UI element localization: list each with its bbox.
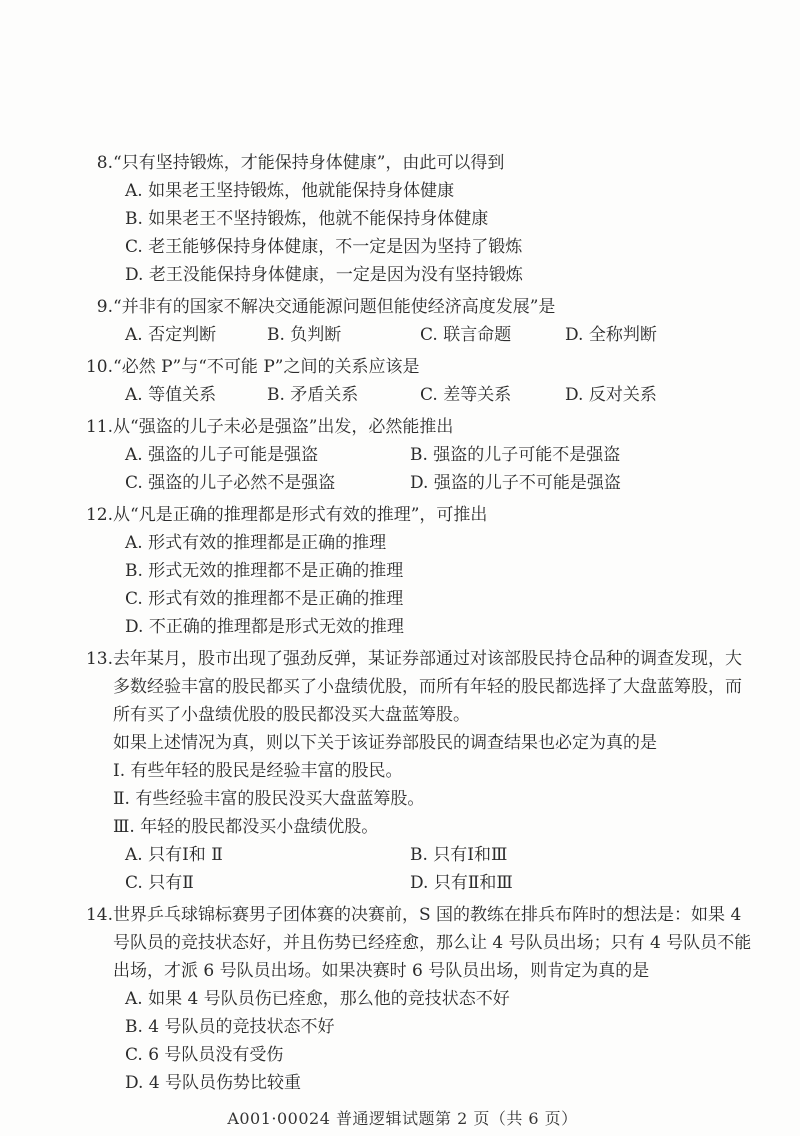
option-d: D. 反对关系: [565, 381, 720, 409]
question-9: 9. “并非有的国家不解决交通能源问题但能使经济高度发展”是 A. 否定判断 B…: [85, 293, 720, 349]
statement-3: Ⅲ. 年轻的股民都没买小盘绩优股。: [113, 813, 720, 841]
question-13: 13. 去年某月，股市出现了强劲反弹，某证券部通过对该部股民持仓品种的调查发现，…: [85, 645, 720, 897]
question-stem: 从“强盗的儿子未必是强盗”出发，必然能推出: [113, 413, 720, 441]
option-c: C. 只有Ⅱ: [125, 869, 410, 897]
question-number: 8.: [85, 149, 113, 289]
question-11: 11. 从“强盗的儿子未必是强盗”出发，必然能推出 A. 强盗的儿子可能是强盗 …: [85, 413, 720, 497]
exam-paper-page: 8. “只有坚持锻炼，才能保持身体健康”，由此可以得到 A. 如果老王坚持锻炼，…: [0, 0, 800, 1136]
question-stem: “并非有的国家不解决交通能源问题但能使经济高度发展”是: [113, 293, 720, 321]
question-stem-line: 号队员的竞技状态好，并且伤势已经痊愈，那么让 4 号队员出场；只有 4 号队员不…: [113, 929, 720, 957]
statement-2: Ⅱ. 有些经验丰富的股民没买大盘蓝筹股。: [113, 785, 720, 813]
question-stem: 从“凡是正确的推理都是形式有效的推理”，可推出: [113, 501, 720, 529]
option-d: D. 全称判断: [565, 321, 720, 349]
option-c: C. 老王能够保持身体健康，不一定是因为坚持了锻炼: [113, 233, 720, 261]
options-list: A. 形式有效的推理都是正确的推理 B. 形式无效的推理都不是正确的推理 C. …: [113, 529, 720, 641]
question-number: 9.: [85, 293, 113, 349]
option-a: A. 只有Ⅰ和 Ⅱ: [125, 841, 410, 869]
question-number: 14.: [85, 901, 113, 1097]
question-stem: “只有坚持锻炼，才能保持身体健康”，由此可以得到: [113, 149, 720, 177]
option-a: A. 如果 4 号队员伤已痊愈，那么他的竞技状态不好: [113, 985, 720, 1013]
option-a: A. 强盗的儿子可能是强盗: [125, 441, 410, 469]
question-stem-line: 所有买了小盘绩优股的股民都没买大盘蓝筹股。: [113, 701, 720, 729]
option-b: B. 只有Ⅰ和Ⅲ: [410, 841, 720, 869]
option-c: C. 强盗的儿子必然不是强盗: [125, 469, 410, 497]
question-stem-line: 多数经验丰富的股民都买了小盘绩优股，而所有年轻的股民都选择了大盘蓝筹股，而: [113, 673, 720, 701]
question-stem: “必然 P”与“不可能 P”之间的关系应该是: [113, 353, 720, 381]
option-d: D. 4 号队员伤势比较重: [113, 1069, 720, 1097]
option-d: D. 不正确的推理都是形式无效的推理: [113, 613, 720, 641]
option-c: C. 差等关系: [420, 381, 565, 409]
options-grid: A. 只有Ⅰ和 Ⅱ B. 只有Ⅰ和Ⅲ C. 只有Ⅱ D. 只有Ⅱ和Ⅲ: [113, 841, 720, 897]
option-c: C. 6 号队员没有受伤: [113, 1041, 720, 1069]
question-stem-line: 如果上述情况为真，则以下关于该证券部股民的调查结果也必定为真的是: [113, 729, 720, 757]
question-number: 12.: [85, 501, 113, 641]
option-a: A. 形式有效的推理都是正确的推理: [113, 529, 720, 557]
question-12: 12. 从“凡是正确的推理都是形式有效的推理”，可推出 A. 形式有效的推理都是…: [85, 501, 720, 641]
question-10: 10. “必然 P”与“不可能 P”之间的关系应该是 A. 等值关系 B. 矛盾…: [85, 353, 720, 409]
question-8: 8. “只有坚持锻炼，才能保持身体健康”，由此可以得到 A. 如果老王坚持锻炼，…: [85, 149, 720, 289]
question-14: 14. 世界乒乓球锦标赛男子团体赛的决赛前，S 国的教练在排兵布阵时的想法是：如…: [85, 901, 720, 1097]
questions-area: 8. “只有坚持锻炼，才能保持身体健康”，由此可以得到 A. 如果老王坚持锻炼，…: [0, 0, 800, 1133]
option-a: A. 如果老王坚持锻炼，他就能保持身体健康: [113, 177, 720, 205]
option-c: C. 联言命题: [420, 321, 565, 349]
question-number: 10.: [85, 353, 113, 409]
options-row: A. 否定判断 B. 负判断 C. 联言命题 D. 全称判断: [113, 321, 720, 349]
option-b: B. 矛盾关系: [267, 381, 420, 409]
option-c: C. 形式有效的推理都不是正确的推理: [113, 585, 720, 613]
option-b: B. 4 号队员的竞技状态不好: [113, 1013, 720, 1041]
statement-1: Ⅰ. 有些年轻的股民是经验丰富的股民。: [113, 757, 720, 785]
options-row: A. 等值关系 B. 矛盾关系 C. 差等关系 D. 反对关系: [113, 381, 720, 409]
option-d: D. 只有Ⅱ和Ⅲ: [410, 869, 720, 897]
footer-pagination: A001·00024 普通逻辑试题第 2 页（共 6 页）: [85, 1105, 720, 1133]
question-number: 11.: [85, 413, 113, 497]
question-number: 13.: [85, 645, 113, 897]
question-stem-line: 世界乒乓球锦标赛男子团体赛的决赛前，S 国的教练在排兵布阵时的想法是：如果 4: [113, 901, 720, 929]
option-b: B. 负判断: [267, 321, 420, 349]
options-list: A. 如果老王坚持锻炼，他就能保持身体健康 B. 如果老王不坚持锻炼，他就不能保…: [113, 177, 720, 289]
option-b: B. 如果老王不坚持锻炼，他就不能保持身体健康: [113, 205, 720, 233]
option-a: A. 等值关系: [125, 381, 267, 409]
option-d: D. 强盗的儿子不可能是强盗: [410, 469, 720, 497]
question-stem-line: 出场，才派 6 号队员出场。如果决赛时 6 号队员出场，则肯定为真的是: [113, 957, 720, 985]
option-d: D. 老王没能保持身体健康，一定是因为没有坚持锻炼: [113, 261, 720, 289]
option-a: A. 否定判断: [125, 321, 267, 349]
option-b: B. 形式无效的推理都不是正确的推理: [113, 557, 720, 585]
options-list: A. 如果 4 号队员伤已痊愈，那么他的竞技状态不好 B. 4 号队员的竞技状态…: [113, 985, 720, 1097]
question-stem-line: 去年某月，股市出现了强劲反弹，某证券部通过对该部股民持仓品种的调查发现，大: [113, 645, 720, 673]
option-b: B. 强盗的儿子可能不是强盗: [410, 441, 720, 469]
options-grid: A. 强盗的儿子可能是强盗 B. 强盗的儿子可能不是强盗 C. 强盗的儿子必然不…: [113, 441, 720, 497]
